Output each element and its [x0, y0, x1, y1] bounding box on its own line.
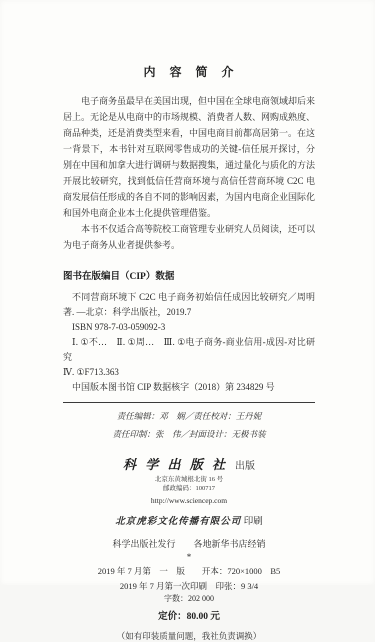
book-copyright-page: 内 容 简 介 电子商务虽最早在美国出现，但中国在全球电商领域却后来居上。无论是…: [0, 0, 375, 585]
publisher-url: http://www.sciencep.com: [63, 496, 315, 505]
printer-company-name: 北京虎彩文化传播有限公司: [115, 517, 241, 527]
content-summary-title: 内 容 简 介: [63, 63, 315, 80]
divider-rule: [63, 402, 315, 403]
intro-paragraph-2: 本书不仅适合高等院校工商管理专业研究人员阅读，还可以为电子商务从业者提供参考。: [63, 221, 315, 253]
asterisk-divider: *: [63, 552, 315, 563]
distribution-line: 科学出版社发行 各地新华书店经销: [63, 537, 315, 550]
publisher-logotype: 科 学 出 版 社: [123, 457, 228, 472]
publisher-imprint-line: 科 学 出 版 社 出版: [63, 454, 315, 474]
cip-heading: 图书在版编目（CIP）数据: [63, 268, 315, 282]
credits-printing-line: 责任印制：张 伟／封面设计：无极书装: [63, 426, 315, 444]
cip-isbn-line: ISBN 978-7-03-059092-3: [63, 320, 315, 335]
publisher-postcode: 邮政编码：100717: [63, 485, 315, 494]
publisher-suffix: 出版: [235, 461, 255, 472]
word-count-line: 字数：202 000: [63, 593, 315, 605]
credits-editor-line: 责任编辑：邓 娴／责任校对：王丹妮: [63, 408, 315, 426]
cip-classification-line-1: Ⅰ. ①不… Ⅱ. ①周… Ⅲ. ①电子商务-商业信用-成因-对比研究: [63, 335, 315, 365]
publisher-address: 北京东黄城根北街 16 号: [63, 476, 315, 485]
quality-exchange-note: （如有印装质量问题，我社负责调换）: [63, 630, 315, 642]
printer-line: 北京虎彩文化传播有限公司 印刷: [63, 513, 315, 527]
intro-paragraph-1: 电子商务虽最早在美国出现，但中国在全球电商领域却后来居上。无论是从电商中的市场规…: [63, 93, 315, 221]
edition-format-line: 2019 年 7 月第 一 版 开本：720×1000 B5: [63, 564, 315, 579]
cip-record-number-line: 中国版本图书馆 CIP 数据核字（2018）第 234829 号: [63, 380, 315, 395]
printer-suffix: 印刷: [244, 517, 263, 527]
printing-sheets-line: 2019 年 7 月第一次印刷 印张：9 3/4: [63, 579, 315, 594]
cip-entry-line: 不同营商环境下 C2C 电子商务初始信任成因比较研究／周明著. —北京：科学出版…: [63, 290, 315, 320]
price-line: 定价：80.00 元: [63, 608, 315, 622]
cip-classification-line-2: Ⅳ. ①F713.363: [63, 365, 315, 380]
